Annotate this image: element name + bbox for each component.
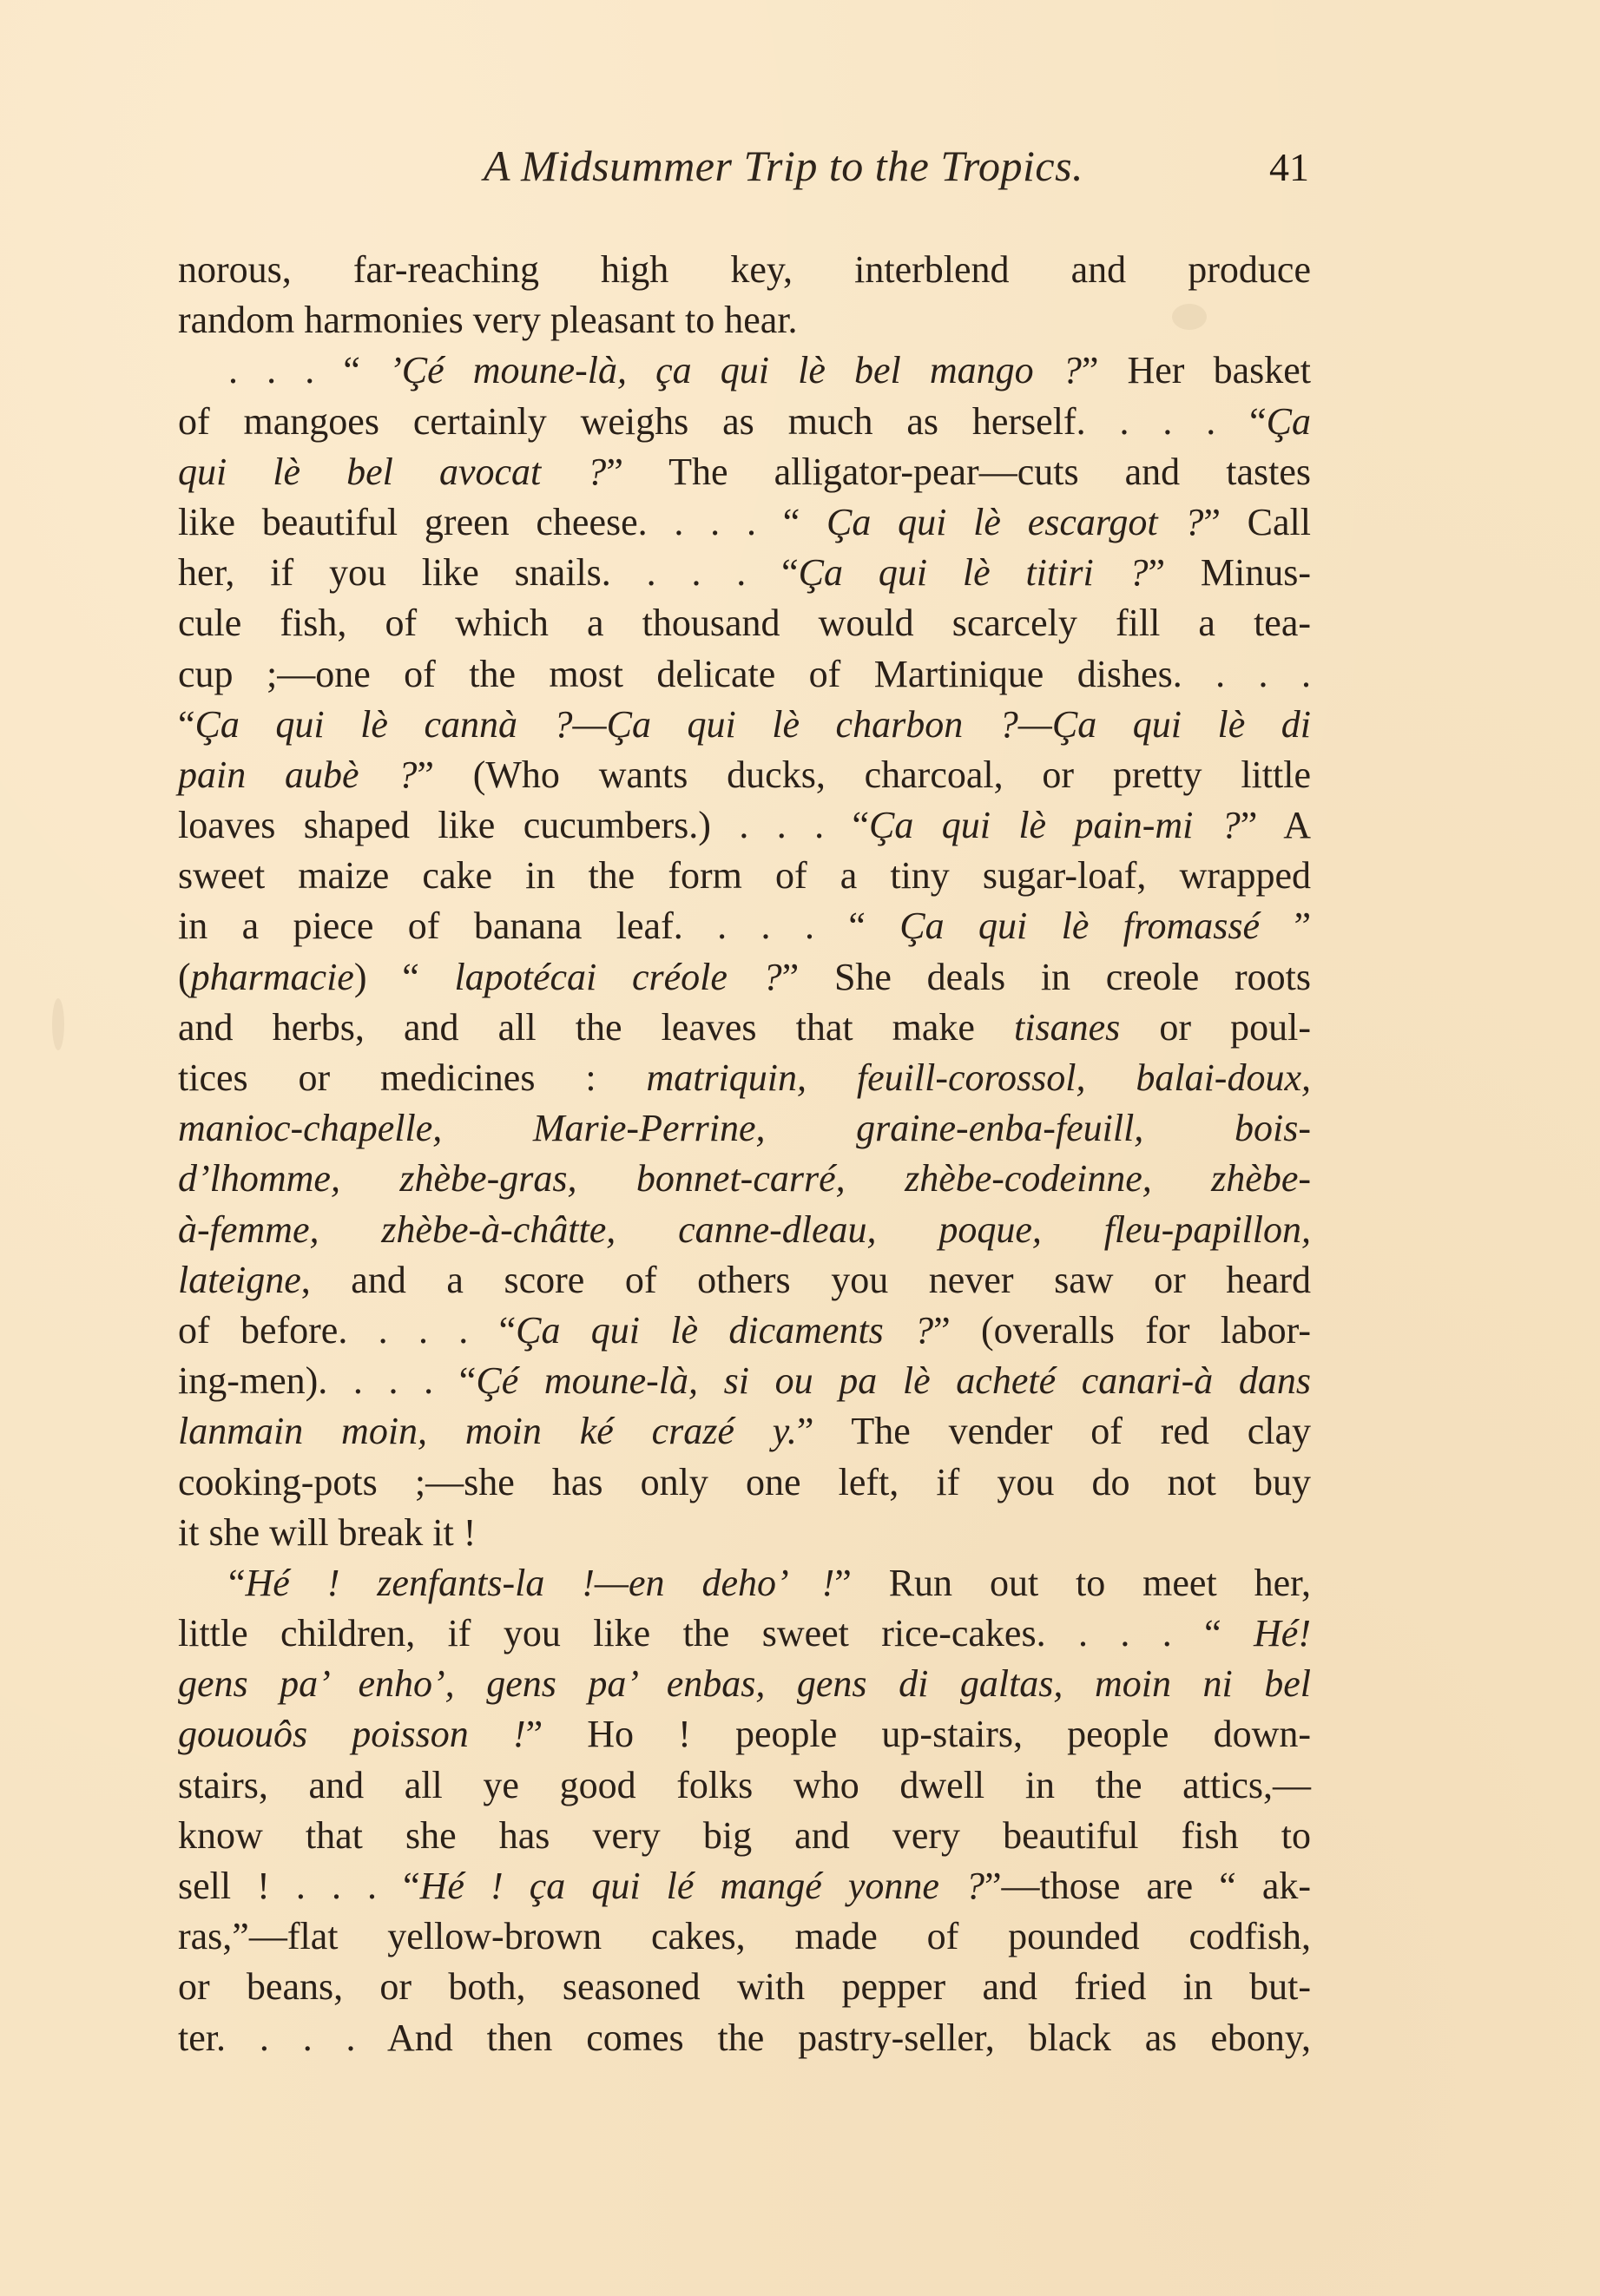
text-run: or beans, or both, seasoned with pepper … xyxy=(178,1965,1311,2008)
running-title: A Midsummer Trip to the Tropics. xyxy=(178,141,1311,191)
text-line: loaves shaped like cucumbers.) . . . “Ça… xyxy=(178,800,1311,851)
text-line: norous, far-reaching high key, interblen… xyxy=(178,245,1311,295)
text-line: stairs, and all ye good folks who dwell … xyxy=(178,1760,1311,1811)
text-line: of before. . . . “Ça qui lè dicaments ?”… xyxy=(178,1306,1311,1356)
text-run: ” The alligator-pear—cuts and tastes xyxy=(606,451,1311,493)
italic-phrase: tisanes xyxy=(1014,1006,1120,1049)
text-line: ing-men). . . . “Çé moune-là, si ou pa l… xyxy=(178,1356,1311,1406)
text-line: “Ça qui lè cannà ?—Ça qui lè charbon ?—Ç… xyxy=(178,700,1311,750)
text-run: ras,”—flat yellow-brown cakes, made of p… xyxy=(178,1915,1311,1957)
text-line: d’lhomme, zhèbe-gras, bonnet-carré, zhèb… xyxy=(178,1154,1311,1204)
text-line: à-femme, zhèbe-à-châtte, canne-dleau, po… xyxy=(178,1205,1311,1255)
text-run: ( xyxy=(178,956,191,998)
text-run: ”—those are “ ak- xyxy=(984,1865,1311,1907)
italic-phrase: Hé ! ça qui lé mangé yonne ? xyxy=(420,1865,984,1907)
text-run: of mangoes certainly weighs as much as h… xyxy=(178,400,1267,443)
running-head: A Midsummer Trip to the Tropics. 41 xyxy=(178,141,1311,201)
text-run: loaves shaped like cucumbers.) . . . “ xyxy=(178,804,869,846)
italic-phrase: ’Çé moune-là, ça qui lè bel mango ? xyxy=(389,349,1082,391)
text-line: . . . “ ’Çé moune-là, ça qui lè bel mang… xyxy=(178,345,1311,396)
text-line: in a piece of banana leaf. . . . “ Ça qu… xyxy=(178,901,1311,951)
text-line: little children, if you like the sweet r… xyxy=(178,1609,1311,1659)
text-line: sweet maize cake in the form of a tiny s… xyxy=(178,851,1311,901)
italic-phrase: manioc-chapelle, Marie-Perrine, graine-e… xyxy=(178,1107,1311,1149)
text-line: cooking-pots ;—she has only one left, if… xyxy=(178,1457,1311,1508)
italic-phrase: Hé ! zenfants-la !—en deho’ ! xyxy=(246,1562,835,1604)
text-run: ” (overalls for labor- xyxy=(933,1309,1311,1352)
text-line: or beans, or both, seasoned with pepper … xyxy=(178,1962,1311,2012)
text-run: ” A xyxy=(1241,804,1311,846)
text-run: ” (Who wants ducks, charcoal, or pretty … xyxy=(417,753,1311,796)
text-line: “Hé ! zenfants-la !—en deho’ !” Run out … xyxy=(178,1558,1311,1609)
text-line: lateigne, and a score of others you neve… xyxy=(178,1255,1311,1306)
italic-phrase: à-femme, zhèbe-à-châtte, canne-dleau, po… xyxy=(178,1208,1311,1251)
italic-phrase: Ça qui lè escargot ? xyxy=(826,501,1203,543)
text-run: ” The vender of red clay xyxy=(797,1410,1311,1452)
text-line: cule fish, of which a thousand would sca… xyxy=(178,598,1311,648)
text-run: “ xyxy=(178,703,195,746)
text-run: , and a score of others you never saw or… xyxy=(301,1259,1311,1301)
italic-phrase: lapotécai créole ? xyxy=(455,956,782,998)
text-line: her, if you like snails. . . . “Ça qui l… xyxy=(178,548,1311,598)
italic-phrase: lanmain moin, moin ké crazé y. xyxy=(178,1410,797,1452)
text-run: ” Her basket xyxy=(1082,349,1311,391)
text-line: pain aubè ?” (Who wants ducks, charcoal,… xyxy=(178,750,1311,800)
italic-phrase: Ça qui lè pain-mi ? xyxy=(869,804,1241,846)
text-run: ” xyxy=(1260,905,1311,947)
text-run: like beautiful green cheese. . . . “ xyxy=(178,501,826,543)
text-run: ter. . . . And then comes the pastry-sel… xyxy=(178,2016,1311,2059)
text-run: ” Call xyxy=(1203,501,1311,543)
text-run: in a piece of banana leaf. . . . “ xyxy=(178,905,899,947)
text-line: sell ! . . . “Hé ! ça qui lé mangé yonne… xyxy=(178,1861,1311,1911)
text-line: ter. . . . And then comes the pastry-sel… xyxy=(178,2013,1311,2063)
text-run: ” Ho ! people up-stairs, people down- xyxy=(526,1713,1311,1755)
text-line: random harmonies very pleasant to hear. xyxy=(178,295,1311,345)
italic-phrase: Ça qui lè cannà ?—Ça qui lè charbon ?—Ça… xyxy=(195,703,1311,746)
italic-phrase: matriquin, feuill-corossol, balai-doux, xyxy=(646,1056,1311,1099)
text-run: ” Run out to meet her, xyxy=(834,1562,1311,1604)
italic-phrase: gens pa’ enho’, gens pa’ enbas, gens di … xyxy=(178,1662,1311,1705)
text-run: her, if you like snails. . . . “ xyxy=(178,551,799,594)
text-run: stairs, and all ye good folks who dwell … xyxy=(178,1764,1311,1806)
text-run: it she will break it ! xyxy=(178,1511,476,1554)
italic-phrase: gououôs poisson ! xyxy=(178,1713,526,1755)
italic-phrase: Çé moune-là, si ou pa lè acheté canari-à… xyxy=(476,1359,1311,1402)
text-run: “ xyxy=(228,1562,246,1604)
page-number: 41 xyxy=(1269,144,1309,190)
text-run: cule fish, of which a thousand would sca… xyxy=(178,602,1311,644)
book-page: A Midsummer Trip to the Tropics. 41 noro… xyxy=(0,0,1600,2296)
text-line: cup ;—one of the most delicate of Martin… xyxy=(178,649,1311,700)
italic-phrase: d’lhomme, zhèbe-gras, bonnet-carré, zhèb… xyxy=(178,1157,1311,1200)
italic-phrase: Hé! xyxy=(1254,1612,1311,1655)
text-run: ” Minus- xyxy=(1149,551,1311,594)
italic-phrase: Ça qui lè titiri ? xyxy=(799,551,1149,594)
text-run: or poul- xyxy=(1120,1006,1311,1049)
italic-phrase: pain aubè ? xyxy=(178,753,417,796)
text-line: and herbs, and all the leaves that make … xyxy=(178,1003,1311,1053)
text-run: . . . “ xyxy=(228,349,389,391)
text-line: manioc-chapelle, Marie-Perrine, graine-e… xyxy=(178,1103,1311,1154)
body-text: norous, far-reaching high key, interblen… xyxy=(178,245,1311,2063)
text-line: gens pa’ enho’, gens pa’ enbas, gens di … xyxy=(178,1659,1311,1709)
text-line: lanmain moin, moin ké crazé y.” The vend… xyxy=(178,1406,1311,1457)
italic-phrase: Ça qui lè dicaments ? xyxy=(516,1309,933,1352)
italic-phrase: qui lè bel avocat ? xyxy=(178,451,606,493)
text-line: gououôs poisson !” Ho ! people up-stairs… xyxy=(178,1709,1311,1760)
paper-smudge xyxy=(52,998,64,1050)
text-run: cup ;—one of the most delicate of Martin… xyxy=(178,653,1311,695)
text-line: like beautiful green cheese. . . . “ Ça … xyxy=(178,497,1311,548)
text-line: it she will break it ! xyxy=(178,1508,1311,1558)
text-run: random harmonies very pleasant to hear. xyxy=(178,299,798,341)
text-run: ing-men). . . . “ xyxy=(178,1359,476,1402)
text-run: cooking-pots ;—she has only one left, if… xyxy=(178,1461,1311,1503)
text-run: of before. . . . “ xyxy=(178,1309,516,1352)
text-run: and herbs, and all the leaves that make xyxy=(178,1006,1014,1049)
text-line: (pharmacie) “ lapotécai créole ?” She de… xyxy=(178,952,1311,1003)
text-line: tices or medicines : matriquin, feuill-c… xyxy=(178,1053,1311,1103)
text-run: sell ! . . . “ xyxy=(178,1865,420,1907)
text-run: know that she has very big and very beau… xyxy=(178,1814,1311,1857)
italic-phrase: lateigne xyxy=(178,1259,301,1301)
italic-phrase: pharmacie xyxy=(191,956,354,998)
text-run: sweet maize cake in the form of a tiny s… xyxy=(178,854,1311,897)
text-line: know that she has very big and very beau… xyxy=(178,1811,1311,1861)
text-line: qui lè bel avocat ?” The alligator-pear—… xyxy=(178,447,1311,497)
text-line: ras,”—flat yellow-brown cakes, made of p… xyxy=(178,1911,1311,1962)
text-run: ) “ xyxy=(354,956,455,998)
text-line: of mangoes certainly weighs as much as h… xyxy=(178,397,1311,447)
text-run: tices or medicines : xyxy=(178,1056,646,1099)
text-run: norous, far-reaching high key, interblen… xyxy=(178,248,1311,291)
text-run: little children, if you like the sweet r… xyxy=(178,1612,1254,1655)
text-run: ” She deals in creole roots xyxy=(782,956,1311,998)
italic-phrase: Ça xyxy=(1267,400,1311,443)
italic-phrase: Ça qui lè fromassé xyxy=(899,905,1260,947)
